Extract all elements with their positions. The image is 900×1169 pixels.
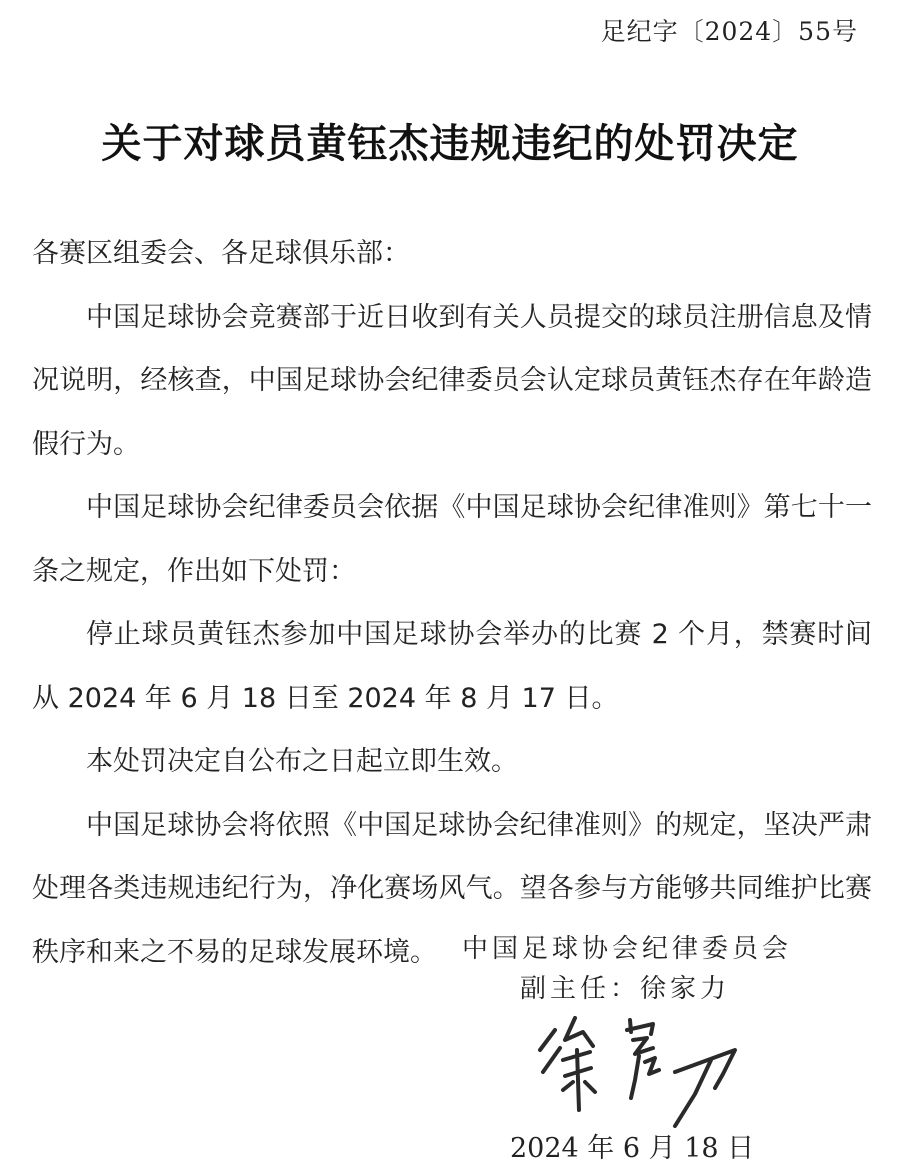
document-number: 足纪字〔2024〕55号: [601, 12, 858, 48]
signature-signer: 副主任：徐家力: [520, 968, 730, 1005]
signature-organization: 中国足球协会纪律委员会: [462, 928, 792, 965]
paragraph-effective: 本处罚决定自公布之日起立即生效。: [32, 730, 872, 794]
signature-date: 2024 年 6 月 18 日: [510, 1126, 754, 1165]
paragraph-legal-basis: 中国足球协会纪律委员会依据《中国足球协会纪律准则》第七十一条之规定，作出如下处罚…: [32, 476, 872, 603]
handwritten-signature-icon: [535, 1010, 765, 1130]
document-title: 关于对球员黄钰杰违规违纪的处罚决定: [0, 112, 900, 169]
paragraph-findings: 中国足球协会竞赛部于近日收到有关人员提交的球员注册信息及情况说明，经核查，中国足…: [32, 286, 872, 477]
document-body: 各赛区组委会、各足球俱乐部： 中国足球协会竞赛部于近日收到有关人员提交的球员注册…: [32, 222, 872, 984]
salutation: 各赛区组委会、各足球俱乐部：: [32, 222, 872, 286]
paragraph-penalty: 停止球员黄钰杰参加中国足球协会举办的比赛 2 个月，禁赛时间从 2024 年 6…: [32, 603, 872, 730]
